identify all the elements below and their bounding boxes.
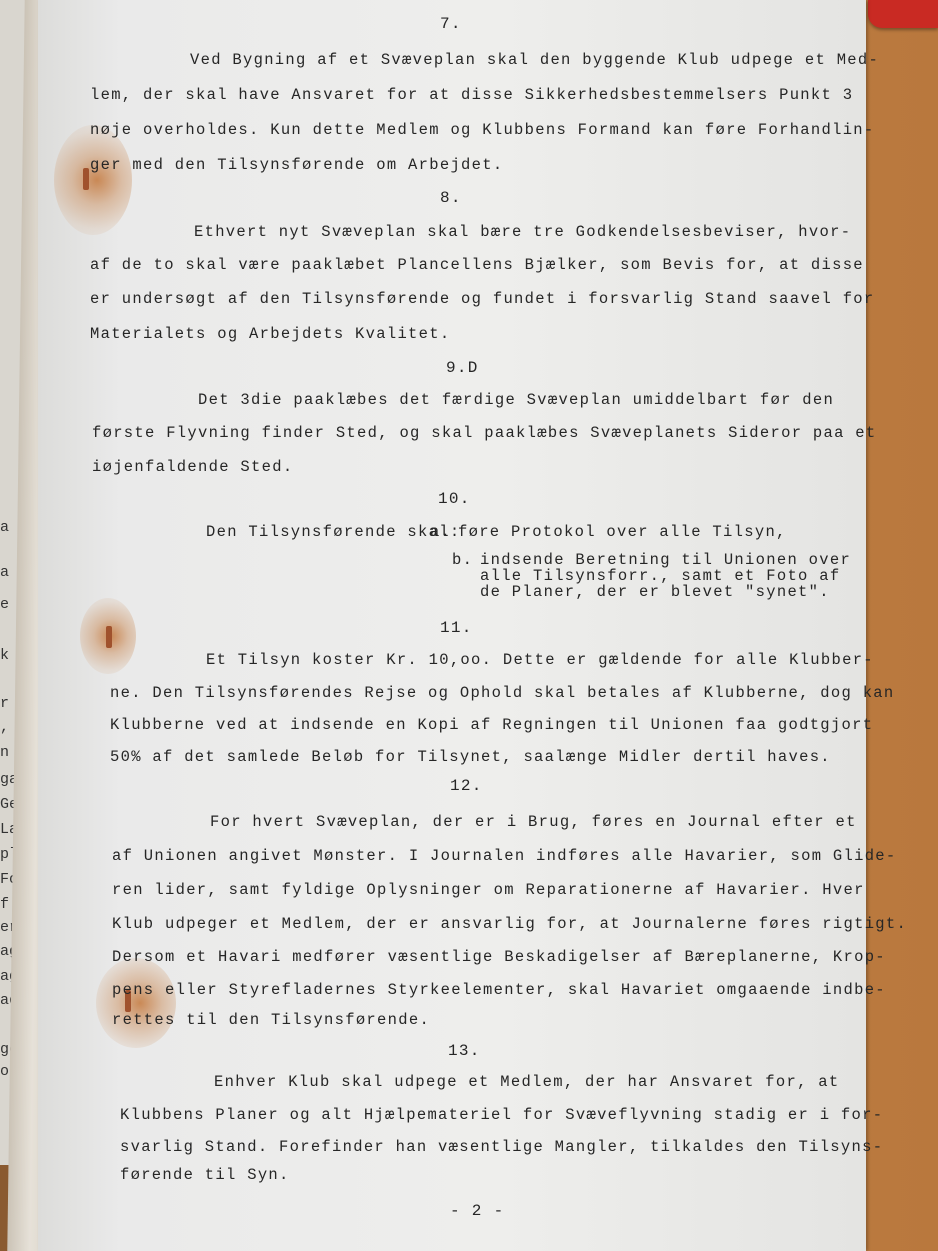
paragraph-line: af de to skal være paaklæbet Plancellens… — [90, 258, 864, 274]
section-number: 8. — [440, 190, 462, 206]
paragraph-line: 50% af det samlede Beløb for Tilsynet, s… — [110, 750, 831, 766]
staple-icon — [106, 626, 112, 648]
list-marker: b. — [452, 553, 473, 569]
paragraph-line: Enhver Klub skal udpege et Medlem, der h… — [214, 1075, 840, 1091]
typewritten-page: 7. Ved Bygning af et Svæveplan skal den … — [38, 0, 866, 1251]
section-number: 9.D — [446, 360, 479, 376]
paragraph-line: Dersom et Havari medfører væsentlige Bes… — [112, 950, 886, 966]
paragraph-line: Et Tilsyn koster Kr. 10,oo. Dette er gæl… — [206, 653, 874, 669]
section-number: 12. — [450, 778, 483, 794]
underlying-text-fragment: r — [0, 696, 9, 711]
paragraph-line: nøje overholdes. Kun dette Medlem og Klu… — [90, 123, 875, 139]
rust-stain — [96, 958, 176, 1048]
underlying-text-fragment: a — [0, 565, 9, 580]
paragraph-line: af Unionen angivet Mønster. I Journalen … — [112, 849, 897, 865]
paragraph-line: Klubberne ved at indsende en Kopi af Reg… — [110, 718, 873, 734]
underlying-text-fragment: n — [0, 745, 9, 760]
paragraph-line: Det 3die paaklæbes det færdige Svæveplan… — [198, 393, 834, 409]
paragraph-line: rettes til den Tilsynsførende. — [112, 1013, 430, 1029]
paragraph-line: førende til Syn. — [120, 1168, 290, 1184]
paragraph-line: pens eller Styrefladernes Styrkeelemente… — [112, 983, 886, 999]
paragraph-line: Ethvert nyt Svæveplan skal bære tre Godk… — [194, 225, 851, 241]
paragraph-line: første Flyvning finder Sted, og skal paa… — [92, 426, 877, 442]
paragraph-line: ne. Den Tilsynsførendes Rejse og Ophold … — [110, 686, 895, 702]
underlying-text-fragment: a — [0, 520, 9, 535]
paragraph-line: ger med den Tilsynsførende om Arbejdet. — [90, 158, 503, 174]
paragraph-line: For hvert Svæveplan, der er i Brug, føre… — [210, 815, 857, 831]
paragraph-line: lem, der skal have Ansvaret for at disse… — [90, 88, 853, 104]
list-marker: a. — [430, 525, 451, 541]
paragraph-line: Materialets og Arbejdets Kvalitet. — [90, 327, 450, 343]
section-number: 10. — [438, 491, 471, 507]
paragraph-line: svarlig Stand. Forefinder han væsentlige… — [120, 1140, 883, 1156]
section-number: 11. — [440, 620, 473, 636]
paragraph-line: ren lider, samt fyldige Oplysninger om R… — [112, 883, 865, 899]
paragraph-line: Klubbens Planer og alt Hjælpemateriel fo… — [120, 1108, 883, 1124]
list-intro: Den Tilsynsførende skal: — [206, 525, 460, 541]
paragraph-line: Ved Bygning af et Svæveplan skal den byg… — [190, 53, 879, 69]
paragraph-line: er undersøgt af den Tilsynsførende og fu… — [90, 292, 875, 308]
underlying-text-fragment: f — [0, 897, 9, 912]
rust-stain — [54, 125, 132, 235]
paragraph-line: iøjenfaldende Sted. — [92, 460, 293, 476]
list-item-line: føre Protokol over alle Tilsyn, — [458, 525, 787, 541]
red-object-corner — [868, 0, 938, 28]
underlying-text-fragment: k — [0, 648, 9, 663]
page-number-footer: - 2 - — [450, 1203, 505, 1219]
underlying-text-fragment: , — [0, 720, 9, 735]
paragraph-line: Klub udpeger et Medlem, der er ansvarlig… — [112, 917, 907, 933]
staple-icon — [83, 168, 89, 190]
section-number: 13. — [448, 1043, 481, 1059]
underlying-text-fragment: e — [0, 597, 9, 612]
section-number: 7. — [440, 16, 462, 32]
list-item-line: de Planer, der er blevet "synet". — [480, 585, 830, 601]
